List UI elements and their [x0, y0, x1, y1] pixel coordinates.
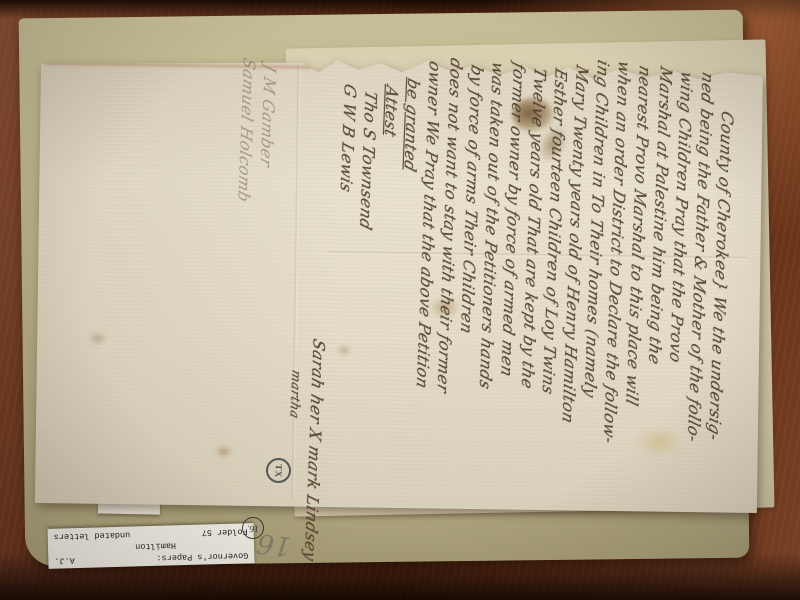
- photo-frame: County of Cherokee} We the undersig-ned …: [0, 0, 800, 600]
- ink-stain: [216, 445, 232, 457]
- letter-paper: [35, 51, 763, 513]
- pencil-folio-number: 16: [255, 512, 294, 562]
- label-collection: Governor's Papers:: [156, 549, 248, 564]
- ink-stain: [337, 345, 351, 355]
- label-initials: A.J.: [54, 554, 75, 567]
- letter-sheet: [35, 51, 763, 513]
- label-name: Hamilton: [135, 539, 176, 552]
- fold-crease-horizontal: [327, 250, 746, 261]
- label-series: undated letters: [54, 529, 131, 543]
- ink-stain: [429, 296, 459, 318]
- archive-label: Governor's Papers: A.J. Hamilton Folder …: [47, 523, 254, 569]
- tx-stamp: TX: [266, 458, 291, 483]
- edge-stain: [45, 62, 319, 69]
- label-folder: Folder 57: [202, 525, 248, 538]
- ink-stain: [89, 332, 106, 345]
- tx-stamp-text: TX: [273, 464, 283, 478]
- ink-stain: [636, 427, 682, 456]
- ink-stain: [512, 98, 554, 133]
- fold-crease-vertical: [291, 65, 301, 499]
